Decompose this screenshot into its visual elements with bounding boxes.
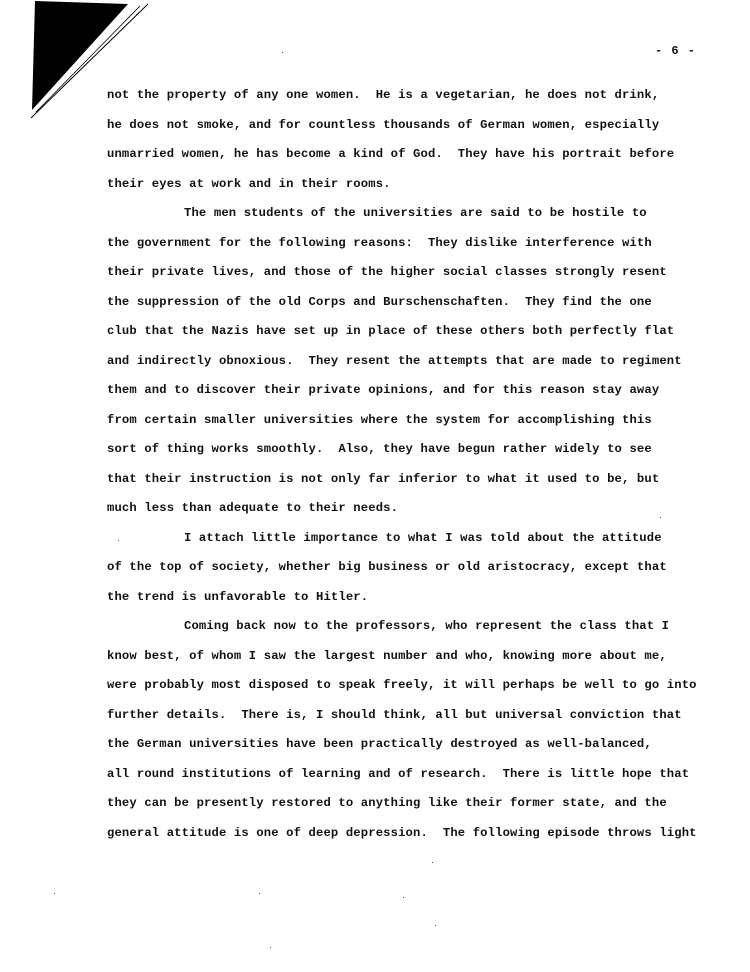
text-line: their eyes at work and in their rooms. [107,176,707,206]
text-line: I attach little importance to what I was… [107,530,707,560]
text-line: the suppression of the old Corps and Bur… [107,294,707,324]
paragraph: I attach little importance to what I was… [107,530,707,619]
text-line: of the top of society, whether big busin… [107,559,707,589]
scan-speck [660,517,661,518]
text-line: Coming back now to the professors, who r… [107,618,707,648]
text-line: and indirectly obnoxious. They resent th… [107,353,707,383]
scan-speck [403,897,404,898]
text-line: that their instruction is not only far i… [107,471,707,501]
text-line: he does not smoke, and for countless tho… [107,117,707,147]
text-line: further details. There is, I should thin… [107,707,707,737]
text-line: unmarried women, he has become a kind of… [107,146,707,176]
text-line: they can be presently restored to anythi… [107,795,707,825]
paragraph: The men students of the universities are… [107,205,707,530]
scan-speck [118,540,119,541]
scan-speck [435,925,436,926]
text-line: sort of thing works smoothly. Also, they… [107,441,707,471]
scan-speck [432,862,433,863]
text-line: were probably most disposed to speak fre… [107,677,707,707]
text-line: The men students of the universities are… [107,205,707,235]
text-line: club that the Nazis have set up in place… [107,323,707,353]
paragraph: not the property of any one women. He is… [107,87,707,205]
text-line: not the property of any one women. He is… [107,87,707,117]
scan-speck [270,947,271,948]
page-number: - 6 - [655,44,696,58]
text-line: from certain smaller universities where … [107,412,707,442]
text-line: all round institutions of learning and o… [107,766,707,796]
text-line: much less than adequate to their needs. [107,500,707,530]
document-body: not the property of any one women. He is… [107,87,707,854]
text-line: them and to discover their private opini… [107,382,707,412]
scan-speck [54,893,55,894]
scan-speck [259,893,260,894]
scan-speck [282,52,283,53]
text-line: their private lives, and those of the hi… [107,264,707,294]
text-line: general attitude is one of deep depressi… [107,825,707,855]
paragraph: Coming back now to the professors, who r… [107,618,707,854]
text-line: know best, of whom I saw the largest num… [107,648,707,678]
text-line: the trend is unfavorable to Hitler. [107,589,707,619]
text-line: the German universities have been practi… [107,736,707,766]
text-line: the government for the following reasons… [107,235,707,265]
